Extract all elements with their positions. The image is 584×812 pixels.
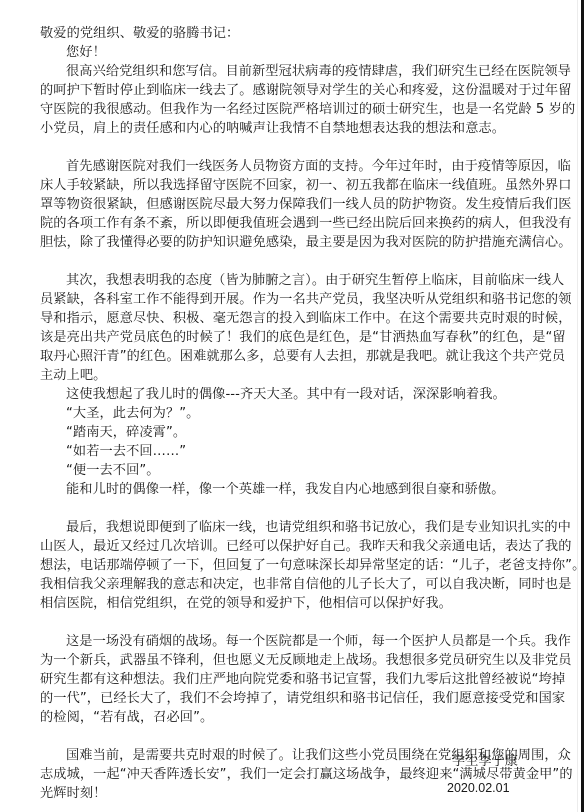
- paragraph-6: 这是一场没有硝烟的战场。每一个医院都是一个师，每一个医护人员都是一个兵。我作 为…: [40, 632, 520, 727]
- paragraph-line: 最后，我想说即便到了临床一线，也请党组织和骆书记放心，我们是专业知识扎实的中: [40, 518, 520, 537]
- paragraph-line: 为一个新兵，武器虽不锋利，但也愿义无反顾地走上战场。我想很多党员研究生以及非党员: [40, 651, 520, 670]
- dialogue-line: “便一去不回”。: [40, 461, 520, 480]
- dialogue-line: “大圣，此去何为？”。: [40, 404, 520, 423]
- paragraph-line: 罩等物资很紧缺，但感谢医院尽最大努力保障我们一线人员的防护物资。发生疫情后我们医: [40, 195, 520, 214]
- paragraph-line: 守医院的我很感动。但我作为一名经过医院严格培训过的硕士研究生，也是一名党龄 5 …: [40, 100, 520, 119]
- paragraph-line: 首先感谢医院对我们一线医务人员物资方面的支持。今年过年时，由于疫情等原因，临: [40, 157, 520, 176]
- paragraph-line: 这使我想起了我儿时的偶像---齐天大圣。其中有一段对话，深深影响着我。: [40, 385, 520, 404]
- paragraph-5: 最后，我想说即便到了临床一线，也请党组织和骆书记放心，我们是专业知识扎实的中 山…: [40, 518, 520, 613]
- paragraph-gap: [40, 727, 520, 746]
- paragraph-2: 首先感谢医院对我们一线医务人员物资方面的支持。今年过年时，由于疫情等原因，临 床…: [40, 157, 520, 252]
- paragraph-line: 员紧缺，各科室工作不能得到开展。作为一名共产党员，我坚决听从党组织和骆书记您的领: [40, 290, 520, 309]
- paragraph-line: 其次，我想表明我的态度（皆为肺腑之言）。由于研究生暂停上临床，目前临床一线人: [40, 271, 520, 290]
- paragraph-line: 研究生都有这种想法。我们庄严地向院党委和骆书记宣誓，我们九零后这批曾经被说“垮掉: [40, 670, 520, 689]
- paragraph-line: 山医人，最近又经过几次培训。已经可以保护好自己。我昨天和我父亲通电话，表达了我的: [40, 537, 520, 556]
- paragraph-line: 取丹心照汗青”的红色。困难就那么多，总要有人去担，那就是我吧。就让我这个共产党员: [40, 347, 520, 366]
- paragraph-gap: [40, 138, 520, 157]
- paragraph-line: 院的各项工作有条不紊，所以即便我值班会遇到一些已经出院后回来换药的病人，但我没有: [40, 214, 520, 233]
- dialogue-line: “踏南天，碎凌霄”。: [40, 423, 520, 442]
- letter-page: 敬爱的党组织、敬爱的骆腾书记： 您好！ 很高兴给党组织和您写信。目前新型冠状病毒…: [0, 0, 578, 812]
- paragraph-line: 床人手较紧缺，所以我选择留守医院不回家，初一、初五我都在临床一线值班。虽然外界口: [40, 176, 520, 195]
- paragraph-1: 很高兴给党组织和您写信。目前新型冠状病毒的疫情肆虐，我们研究生已经在医院领导 的…: [40, 62, 520, 138]
- dialogue-line: “如若一去不回……”: [40, 442, 520, 461]
- paragraph-line: 主动上吧。: [40, 366, 520, 385]
- paragraph-line: 国难当前，是需要共克时艰的时候了。让我们这些小党员围绕在党组织和您的周围，众: [40, 746, 520, 765]
- dialogue-line: 能和儿时的偶像一样，像一个英雄一样，我发自内心地感到很自豪和骄傲。: [40, 480, 520, 499]
- paragraph-3: 其次，我想表明我的态度（皆为肺腑之言）。由于研究生暂停上临床，目前临床一线人 员…: [40, 271, 520, 385]
- paragraph-line: 的呵护下暂时停止到临床一线去了。感谢院领导对学生的关心和疼爱，这份温暖对于过年留: [40, 81, 520, 100]
- paragraph-line: 我相信我父亲理解我的意志和决定，也非常自信他的儿子长大了，可以自我决断，同时也是: [40, 575, 520, 594]
- paragraph-line: 相信医院，相信党组织，在党的领导和爱护下，他相信可以保护好我。: [40, 594, 520, 613]
- paragraph-gap: [40, 613, 520, 632]
- paragraph-line: 导和指示，愿意尽快、积极、毫无怨言的投入到临床工作中。在这个需要共克时艰的时候，: [40, 309, 520, 328]
- paragraph-line: 的一代”，已经长大了，我们不会垮掉了，请党组织和骆书记信任，我们愿意接受党和国家: [40, 689, 520, 708]
- paragraph-4: 这使我想起了我儿时的偶像---齐天大圣。其中有一段对话，深深影响着我。 “大圣，…: [40, 385, 520, 499]
- paragraph-line: 胆怯，除了我懂得必要的防护知识避免感染，最主要是因为我对医院的防护措施充满信心。: [40, 233, 520, 252]
- paragraph-line: 这是一场没有硝烟的战场。每一个医院都是一个师，每一个医护人员都是一个兵。我作: [40, 632, 520, 651]
- greeting: 您好！: [40, 43, 520, 62]
- paragraph-line: 想法，电话那端停顿了一下，但回复了一句意味深长却异常坚定的话：“儿子，老爸支持你…: [40, 556, 520, 575]
- letter-date: 2020.02.01: [447, 779, 510, 797]
- paragraph-line: 小党员，肩上的责任感和内心的呐喊声让我情不自禁地想表达我的想法和意志。: [40, 119, 520, 138]
- paragraph-gap: [40, 499, 520, 518]
- paragraph-gap: [40, 252, 520, 271]
- signature: 学生李子康: [452, 753, 518, 771]
- paragraph-line: 的检阅，“若有战，召必回”。: [40, 708, 520, 727]
- paragraph-line: 很高兴给党组织和您写信。目前新型冠状病毒的疫情肆虐，我们研究生已经在医院领导: [40, 62, 520, 81]
- letter-body: 敬爱的党组织、敬爱的骆腾书记： 您好！ 很高兴给党组织和您写信。目前新型冠状病毒…: [40, 24, 520, 803]
- salutation: 敬爱的党组织、敬爱的骆腾书记：: [40, 24, 520, 43]
- paragraph-line: 该是亮出共产党员底色的时候了！我们的底色是红色，是“甘洒热血写春秋”的红色，是“…: [40, 328, 520, 347]
